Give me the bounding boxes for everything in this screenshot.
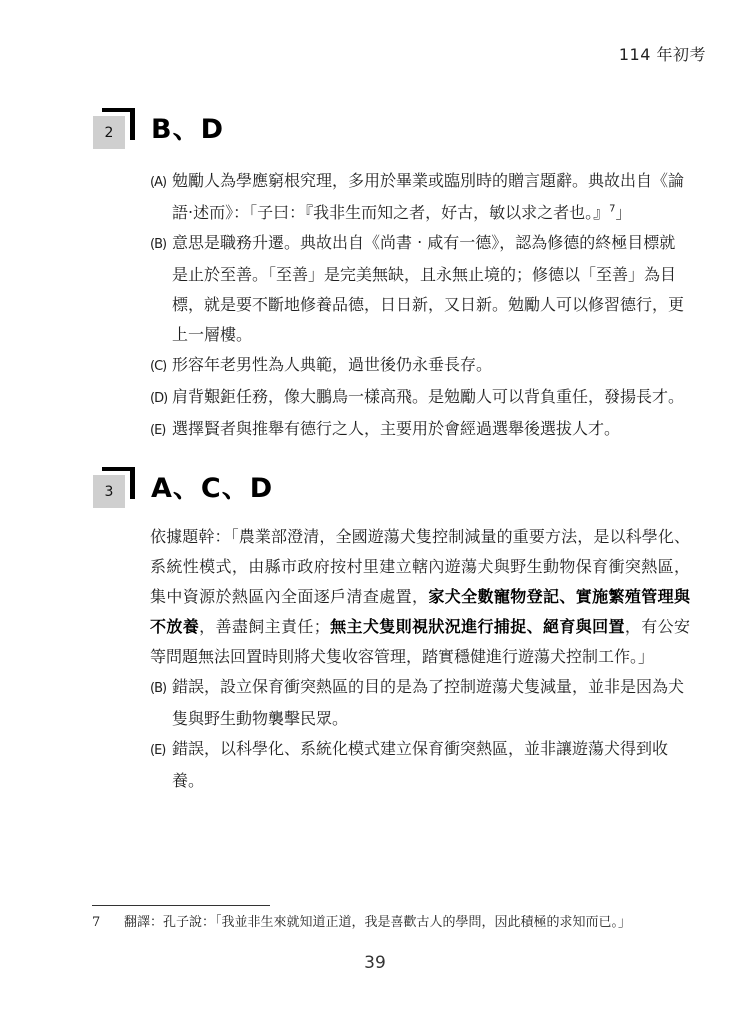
option-text: 勉勵人為學應窮根究理，多用於畢業或臨別時的贈言題辭。典故出自《論語‧述而》：「子…: [172, 171, 684, 222]
option-text: 選擇賢者與推舉有德行之人，主要用於會經過選舉後選拔人才。: [172, 419, 620, 438]
option-text: 肩背艱鉅任務，像大鵬鳥一樣高飛。是勉勵人可以背負重任，發揚長才。: [172, 387, 684, 406]
option-letter: (E): [150, 416, 172, 446]
option-letter: (B): [150, 230, 172, 260]
stem-text: ，善盡飼主責任；: [199, 617, 330, 636]
stem-emphasis: 無主犬隻則視狀況進行捕捉、絕育與回置: [330, 617, 625, 636]
answer-label: A、C、D: [151, 469, 273, 509]
option-d-explanation: (D)肩背艱鉅任務，像大鵬鳥一樣高飛。是勉勵人可以背負重任，發揚長才。: [150, 382, 690, 414]
footnote: 7翻譯：孔子說：「我並非生來就知道正道，我是喜歡古人的學問，因此積極的求知而已。…: [92, 911, 631, 930]
footnote-divider: [92, 905, 270, 906]
question-number: 3: [93, 475, 125, 508]
question-number-marker: 2: [93, 108, 137, 152]
question-number-marker: 3: [93, 467, 137, 511]
footnote-text: 翻譯：孔子說：「我並非生來就知道正道，我是喜歡古人的學問，因此積極的求知而已。」: [124, 915, 631, 930]
option-a-explanation: (A)勉勵人為學應窮根究理，多用於畢業或臨別時的贈言題辭。典故出自《論語‧述而》…: [150, 166, 690, 228]
option-b-explanation: (B)錯誤，設立保育衝突熱區的目的是為了控制遊蕩犬隻減量，並非是因為犬隻與野生動…: [150, 672, 690, 734]
option-text: 錯誤，以科學化、系統化模式建立保育衝突熱區，並非讓遊蕩犬得到收養。: [172, 739, 668, 790]
option-letter: (C): [150, 352, 172, 382]
option-letter: (E): [150, 736, 172, 766]
option-b-explanation: (B)意思是職務升遷。典故出自《尚書 ‧ 咸有一德》，認為修德的終極目標就是止於…: [150, 228, 690, 350]
option-letter: (B): [150, 674, 172, 704]
header-exam-label: 114 年初考: [619, 42, 706, 65]
option-text: 形容年老男性為人典範，過世後仍永垂長存。: [172, 355, 492, 374]
option-letter: (A): [150, 168, 172, 198]
option-text-end: 」: [615, 203, 631, 222]
option-e-explanation: (E)錯誤，以科學化、系統化模式建立保育衝突熱區，並非讓遊蕩犬得到收養。: [150, 734, 690, 796]
option-text: 錯誤，設立保育衝突熱區的目的是為了控制遊蕩犬隻減量，並非是因為犬隻與野生動物襲擊…: [172, 677, 684, 728]
option-letter: (D): [150, 384, 172, 414]
section-2-explanation: (A)勉勵人為學應窮根究理，多用於畢業或臨別時的贈言題辭。典故出自《論語‧述而》…: [150, 166, 690, 446]
section-3-explanation: 依據題幹：「農業部澄清，全國遊蕩犬隻控制減量的重要方法，是以科學化、系統性模式，…: [150, 522, 690, 796]
option-c-explanation: (C)形容年老男性為人典範，過世後仍永垂長存。: [150, 350, 690, 382]
option-text: 意思是職務升遷。典故出自《尚書 ‧ 咸有一德》，認為修德的終極目標就是止於至善。…: [172, 233, 684, 344]
page-number: 39: [0, 953, 750, 973]
footnote-number: 7: [92, 915, 124, 930]
answer-label: B、D: [151, 110, 224, 150]
section-2-heading: 2 B、D: [93, 108, 493, 152]
question-number: 2: [93, 116, 125, 149]
section-3-heading: 3 A、C、D: [93, 467, 493, 511]
option-e-explanation: (E)選擇賢者與推舉有德行之人，主要用於會經過選舉後選拔人才。: [150, 414, 690, 446]
question-stem-quote: 依據題幹：「農業部澄清，全國遊蕩犬隻控制減量的重要方法，是以科學化、系統性模式，…: [150, 522, 690, 672]
